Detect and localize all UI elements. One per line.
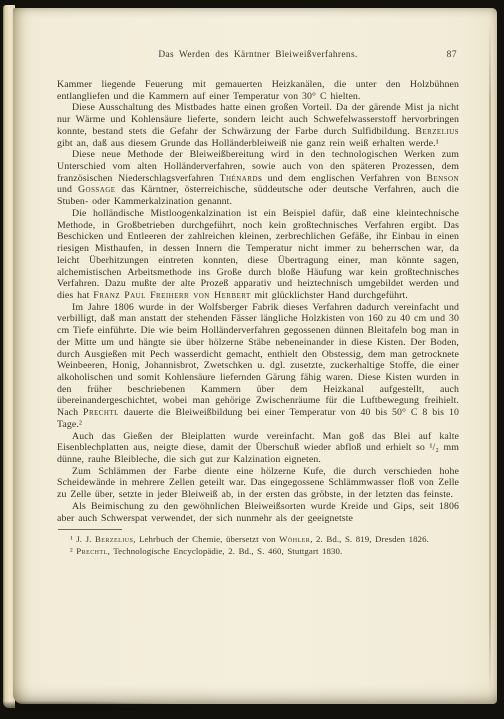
text-run: , 2. Bd., S. 819, Dresden 1826. — [310, 534, 429, 544]
running-header-title: Das Werden des Kärntner Bleiweißverfahre… — [158, 50, 357, 60]
smallcaps-name: Gossage — [78, 184, 116, 195]
page-bottom-shadow — [2, 701, 234, 711]
paragraph: Diese neue Methode der Bleiweißbereitung… — [57, 149, 459, 208]
paragraph: Zum Schlämmen der Farbe diente eine hölz… — [57, 466, 459, 501]
text-run: Die holländische Mistloogenkalzination i… — [57, 208, 459, 301]
running-header: Das Werden des Kärntner Bleiweißverfahre… — [57, 50, 459, 63]
paragraph: Kammer liegende Feuerung mit gemauerten … — [57, 79, 459, 102]
scanned-book-photo: Das Werden des Kärntner Bleiweißverfahre… — [0, 0, 504, 719]
text-run: und — [57, 184, 78, 195]
smallcaps-name: Thénard — [220, 173, 258, 184]
page-content: Das Werden des Kärntner Bleiweißverfahre… — [57, 50, 459, 557]
text-run: , Technologische Encyclopädie, 2. Bd., S… — [108, 546, 343, 556]
text-run: Diese Ausschaltung des Mistbades hatte e… — [57, 102, 459, 136]
text-run: Auch das Gießen der Bleiplatten wurde ve… — [57, 431, 459, 465]
smallcaps-name: Prechtl — [83, 407, 119, 418]
text-run: ¹ J. J. — [70, 534, 95, 544]
smallcaps-name: Berzelius — [95, 534, 133, 544]
footnote: ² Prechtl, Technologische Encyclopädie, … — [57, 546, 459, 557]
text-run: Im Jahre 1806 wurde in der Wolfsberger F… — [57, 302, 459, 418]
paragraph: Diese Ausschaltung des Mistbades hatte e… — [57, 102, 459, 149]
paragraph: Im Jahre 1806 wurde in der Wolfsberger F… — [57, 302, 459, 431]
page-block-edge — [489, 22, 491, 694]
body-text: Kammer liegende Feuerung mit gemauerten … — [57, 79, 459, 524]
smallcaps-name: Prechtl — [76, 546, 107, 556]
page-number: 87 — [447, 50, 457, 60]
text-run: gibt an, daß aus diesem Grunde das Hollä… — [57, 138, 439, 149]
smallcaps-name: Wöhler — [279, 534, 310, 544]
smallcaps-name: Franz Paul Freiherr von Herbert — [93, 290, 250, 301]
paragraph: Auch das Gießen der Bleiplatten wurde ve… — [57, 431, 459, 466]
footnotes: ¹ J. J. Berzelius, Lehrbuch der Chemie, … — [57, 534, 459, 556]
smallcaps-name: Benson — [426, 173, 459, 184]
text-run: Als Beimischung zu den gewöhnlichen Blei… — [57, 501, 459, 524]
footnote: ¹ J. J. Berzelius, Lehrbuch der Chemie, … — [57, 534, 459, 545]
text-run: Kammer liegende Feuerung mit gemauerten … — [57, 79, 459, 102]
paragraph: Die holländische Mistloogenkalzination i… — [57, 208, 459, 302]
paragraph: Als Beimischung zu den gewöhnlichen Blei… — [57, 501, 459, 524]
text-run: s und dem englischen Verfahren von — [258, 173, 426, 184]
footnote-separator — [58, 529, 122, 530]
smallcaps-name: Berzelius — [415, 126, 459, 137]
text-run: Zum Schlämmen der Farbe diente eine hölz… — [57, 466, 459, 500]
text-run: , Lehrbuch der Chemie, übersetzt von — [133, 534, 279, 544]
text-run: mit glücklichster Hand durchgeführt. — [251, 290, 408, 301]
text-run: das Kärntner, österreichische, süddeutsc… — [57, 184, 459, 207]
book-page: Das Werden des Kärntner Bleiweißverfahre… — [13, 8, 497, 704]
